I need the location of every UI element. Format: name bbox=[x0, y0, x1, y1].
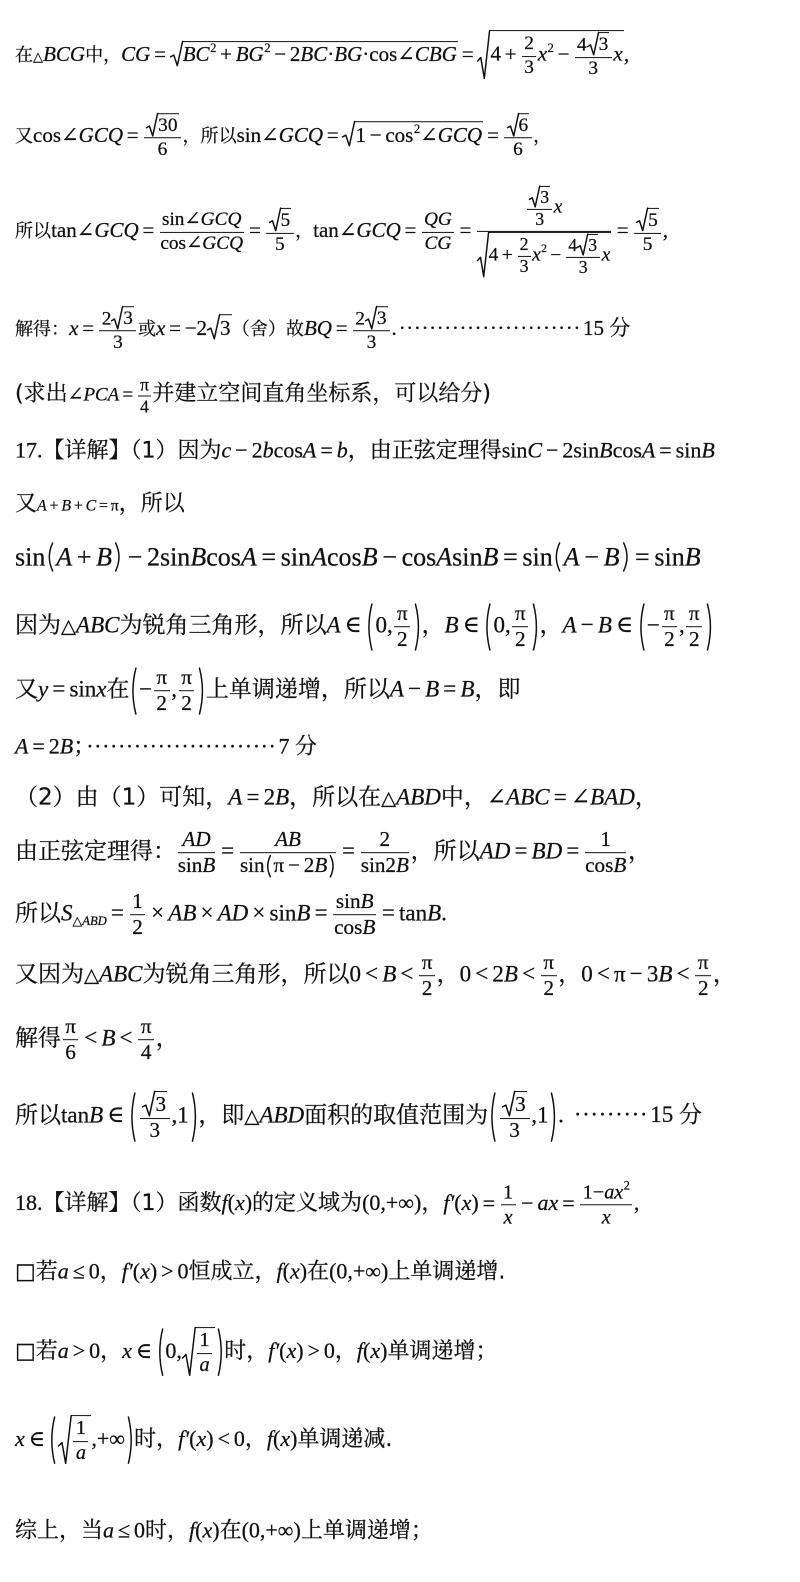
text: □若 bbox=[15, 1259, 58, 1284]
math-text: sin bbox=[654, 542, 684, 571]
radicand: 1a bbox=[71, 1415, 91, 1465]
radicand: 3 bbox=[540, 186, 550, 208]
text: (求出 bbox=[15, 381, 68, 406]
math-text: π bbox=[140, 375, 149, 395]
square-root: 3 bbox=[142, 1091, 167, 1117]
square-root: 30 bbox=[146, 113, 178, 136]
text: 上单调递增. bbox=[388, 1259, 505, 1284]
denominator: CG bbox=[422, 233, 455, 255]
numerator: 5 bbox=[634, 208, 661, 233]
right-paren-icon bbox=[532, 603, 539, 651]
math-text: . bbox=[441, 900, 447, 925]
solution-line: 在△BCG中，CG=BC2+BG2−2BC·BG·cos∠CBG=4+23x2−… bbox=[15, 30, 629, 80]
left-paren-icon bbox=[366, 603, 373, 651]
denominator: sin2B bbox=[361, 854, 409, 878]
math-var: BD bbox=[532, 838, 563, 863]
math-text: 3 bbox=[524, 57, 534, 78]
numerator: 30 bbox=[144, 113, 181, 138]
text: 解得 bbox=[15, 1025, 61, 1051]
math-op: = bbox=[150, 42, 169, 66]
solution-line: 又因为△ABC为锐角三角形，所以0<B<π2，0<2B<π2，0<π−3B<π2… bbox=[15, 951, 736, 1001]
math-var: BC bbox=[183, 42, 210, 66]
math-text: 4 bbox=[141, 1040, 152, 1064]
solution-line: 又A+B+C=π，所以 bbox=[15, 490, 185, 517]
radical-sign-icon bbox=[146, 113, 158, 136]
text: 在 bbox=[107, 676, 130, 702]
denominator: 4 bbox=[138, 1041, 154, 1065]
numerator: 2 bbox=[361, 828, 409, 853]
text: 面积的取值范围为 bbox=[304, 1102, 488, 1128]
math-text: 30 bbox=[158, 115, 177, 136]
math-text: 1− bbox=[583, 1181, 605, 1203]
math-text: 2 bbox=[102, 308, 112, 329]
text: 上单调递增，所以 bbox=[206, 676, 390, 702]
math-text: 3 bbox=[150, 1118, 161, 1142]
math-op: = bbox=[242, 785, 263, 810]
numerator: 43 bbox=[566, 234, 600, 258]
math-var: B bbox=[460, 676, 474, 701]
solution-line: 解得π6<B<π4， bbox=[15, 1015, 179, 1065]
math-op: − bbox=[271, 42, 290, 66]
text: ； bbox=[73, 734, 84, 759]
radicand: BC2+BG2−2BC·BG·cos∠CBG bbox=[182, 41, 458, 66]
math-var: B bbox=[61, 497, 71, 514]
math-text: 0 bbox=[460, 961, 472, 986]
triangle-symbol: △ bbox=[84, 965, 99, 986]
math-op: = bbox=[439, 676, 460, 701]
math-text: tan bbox=[61, 1102, 89, 1127]
math-text: π bbox=[543, 950, 554, 974]
score-label: 15 分 bbox=[581, 316, 630, 340]
math-text: sin bbox=[522, 542, 552, 571]
text: ， bbox=[100, 1339, 122, 1364]
leader-dots: ························ bbox=[397, 316, 581, 340]
left-paren-icon bbox=[265, 855, 272, 877]
math-var: B bbox=[89, 1102, 103, 1127]
math-text: 0 bbox=[324, 1338, 335, 1363]
radical-sign-icon bbox=[269, 208, 281, 231]
superscript: 2 bbox=[624, 1179, 630, 1193]
math-text: 0 bbox=[89, 1338, 100, 1363]
math-var: AD bbox=[182, 827, 210, 851]
math-var: BC bbox=[300, 42, 327, 66]
left-paren-icon bbox=[484, 603, 491, 651]
radicand: 3 bbox=[515, 1091, 527, 1117]
math-var: A bbox=[436, 542, 452, 571]
math-var: x bbox=[290, 1258, 300, 1283]
math-op: > bbox=[304, 1338, 324, 1363]
text: ，所以 bbox=[411, 838, 480, 864]
math-var: B bbox=[685, 542, 701, 571]
square-root: 3 bbox=[207, 315, 232, 340]
square-root: 3 bbox=[587, 32, 610, 55]
radical-sign-icon bbox=[365, 306, 377, 329]
angle-symbol: ∠ bbox=[571, 785, 590, 810]
math-text: ) bbox=[206, 1426, 213, 1451]
text: 中， bbox=[441, 785, 487, 811]
right-paren-icon bbox=[127, 1416, 134, 1464]
math-text: 2 bbox=[290, 42, 301, 66]
numerator: π bbox=[394, 602, 410, 627]
math-text: 5 bbox=[280, 210, 290, 231]
math-op: < bbox=[214, 1426, 234, 1451]
fraction: sinBcosB bbox=[333, 890, 376, 940]
math-text: 2 bbox=[156, 691, 167, 715]
math-var: B bbox=[361, 889, 374, 913]
math-text: 3 bbox=[588, 235, 597, 255]
math-var: f′ bbox=[178, 1426, 189, 1451]
math-op: × bbox=[196, 900, 217, 925]
fraction: ADsinB bbox=[178, 828, 216, 878]
math-text: sin bbox=[676, 437, 702, 462]
math-text: −2 bbox=[185, 316, 207, 340]
radicand: 3 bbox=[376, 306, 387, 329]
math-text: 0 bbox=[349, 961, 361, 986]
radical-sign-icon bbox=[58, 1415, 71, 1465]
math-var: GCQ bbox=[279, 123, 323, 147]
math-var: x bbox=[202, 1517, 212, 1542]
math-op: − bbox=[626, 961, 647, 986]
denominator: 3 bbox=[99, 332, 136, 354]
numerator: 1 bbox=[585, 828, 626, 853]
math-var: a bbox=[200, 1354, 210, 1376]
math-text: cos bbox=[206, 542, 241, 571]
math-var: x bbox=[462, 1190, 472, 1215]
math-var: c bbox=[222, 437, 232, 462]
math-text: π bbox=[111, 497, 119, 514]
text: 解得： bbox=[15, 319, 69, 340]
numerator: AD bbox=[178, 828, 216, 853]
math-text: cos bbox=[613, 437, 642, 462]
text: 在 bbox=[15, 45, 33, 66]
math-text: 1 bbox=[503, 1181, 513, 1203]
math-text: π bbox=[156, 665, 167, 689]
math-text: 4 bbox=[568, 235, 577, 255]
math-text: 0, bbox=[494, 612, 511, 637]
paren-group: π−2B bbox=[265, 854, 336, 878]
solution-line: □若a>0，x∈0,1a时，f′(x)>0，f(x)单调递增； bbox=[15, 1327, 497, 1377]
right-paren-icon bbox=[550, 1092, 557, 1142]
solution-line: 所以S△ABD=12×AB×AD×sinB=sinBcosB=tanB. bbox=[15, 890, 447, 940]
text: 时， bbox=[224, 1339, 268, 1364]
math-op: > bbox=[69, 1338, 89, 1363]
math-text: − bbox=[647, 612, 660, 637]
denominator: 6 bbox=[63, 1041, 79, 1065]
math-text: π bbox=[397, 601, 408, 625]
math-op: × bbox=[147, 900, 168, 925]
math-text: 2 bbox=[181, 691, 192, 715]
text: ， bbox=[156, 1025, 179, 1051]
math-text: 1 bbox=[200, 1329, 210, 1351]
math-var: B bbox=[598, 612, 612, 637]
text: 为锐角三角形，所以 bbox=[142, 961, 349, 987]
math-text: , bbox=[663, 218, 668, 242]
math-text: 5 bbox=[643, 234, 653, 255]
math-var: AD bbox=[480, 838, 511, 863]
math-text: 0 bbox=[581, 961, 593, 986]
fraction: 55 bbox=[634, 208, 661, 256]
text: ， bbox=[421, 1191, 443, 1216]
right-paren-icon bbox=[114, 542, 122, 571]
fraction: 33x4+23x2−433x bbox=[477, 186, 612, 278]
denominator: 2 bbox=[686, 628, 702, 652]
math-var: b bbox=[263, 437, 274, 462]
numerator: 1 bbox=[130, 890, 146, 915]
numerator: sin∠GCQ bbox=[160, 209, 244, 232]
document-page: 在△BCG中，CG=BC2+BG2−2BC·BG·cos∠CBG=4+23x2−… bbox=[0, 0, 800, 1582]
solution-line: (求出∠PCA=π4并建立空间直角坐标系，可以给分) bbox=[15, 376, 491, 417]
math-op: − bbox=[404, 676, 425, 701]
denominator: cosB bbox=[585, 854, 626, 878]
solution-line: 解得：x=233或x=−23（舍）故BQ=233.···············… bbox=[15, 306, 630, 354]
math-var: f′ bbox=[122, 1258, 133, 1283]
math-op: + bbox=[72, 542, 96, 571]
math-op: − bbox=[517, 1190, 537, 1215]
angle-symbol: ∠ bbox=[68, 384, 84, 405]
math-op: = bbox=[123, 123, 142, 147]
math-op: = bbox=[96, 497, 111, 514]
denominator: 2 bbox=[662, 628, 678, 652]
solution-line: 所以tan∠GCQ=sin∠GCQcos∠GCQ=55，tan∠GCQ=QGCG… bbox=[15, 186, 668, 278]
math-text: 3 bbox=[515, 1092, 526, 1116]
math-op: ∈ bbox=[25, 1426, 49, 1451]
superscript: 2 bbox=[548, 41, 554, 55]
math-text: 2sin bbox=[147, 542, 190, 571]
fraction: 33 bbox=[527, 186, 552, 230]
math-op: = bbox=[458, 42, 477, 66]
score-label: 7 分 bbox=[276, 733, 317, 758]
math-op: = bbox=[558, 1190, 578, 1215]
math-var: BG bbox=[236, 42, 264, 66]
math-text: 3 bbox=[367, 332, 377, 353]
math-text: 3 bbox=[647, 961, 659, 986]
math-text: 2 bbox=[515, 627, 526, 651]
math-var: C bbox=[527, 437, 542, 462]
math-text: 2 bbox=[524, 33, 534, 54]
math-text: 2 bbox=[132, 915, 143, 939]
triangle-symbol: △ bbox=[61, 616, 76, 637]
math-op: < bbox=[115, 1025, 136, 1050]
math-text: 5 bbox=[275, 234, 285, 255]
radicand: 4+23x2−433x bbox=[488, 232, 611, 278]
text: 在 bbox=[220, 1518, 242, 1543]
fraction: π2 bbox=[541, 951, 557, 1001]
math-text: sin bbox=[281, 542, 311, 571]
text: ，即 bbox=[198, 1102, 244, 1128]
denominator: sinπ−2B bbox=[240, 854, 336, 878]
triangle-symbol: △ bbox=[381, 789, 396, 810]
math-text: 6 bbox=[65, 1040, 76, 1064]
denominator: 3 bbox=[527, 209, 552, 229]
text: 时， bbox=[134, 1427, 178, 1452]
denominator: 3 bbox=[522, 57, 536, 79]
math-op: = bbox=[28, 733, 48, 758]
left-paren-icon bbox=[157, 1328, 164, 1376]
text: 为锐角三角形，所以 bbox=[119, 612, 326, 638]
math-text: π bbox=[698, 950, 709, 974]
math-var: A bbox=[326, 612, 340, 637]
math-op: = bbox=[479, 1190, 499, 1215]
math-text: cos bbox=[274, 437, 303, 462]
math-op: = bbox=[483, 123, 502, 147]
math-text: sin bbox=[502, 437, 528, 462]
math-var: CG bbox=[121, 42, 150, 66]
math-var: ax bbox=[604, 1181, 623, 1203]
math-text: ) bbox=[212, 1517, 219, 1542]
math-var: BAD bbox=[590, 785, 635, 810]
math-text: 2 bbox=[492, 961, 504, 986]
denominator: 2 bbox=[541, 977, 557, 1001]
angle-symbol: ∠ bbox=[186, 233, 202, 254]
text: 所以 bbox=[15, 1102, 61, 1128]
square-root: 3 bbox=[577, 234, 598, 256]
math-var: CG bbox=[425, 233, 452, 254]
numerator: 1 bbox=[197, 1329, 212, 1353]
math-text: cos bbox=[33, 123, 61, 147]
math-text: 6 bbox=[158, 139, 168, 160]
fraction: 1x bbox=[501, 1181, 516, 1229]
text: ， bbox=[100, 1259, 122, 1284]
square-root: 1−cos2∠GCQ bbox=[342, 122, 483, 147]
math-var: A bbox=[563, 612, 577, 637]
math-text: 1 bbox=[355, 123, 366, 147]
text: ， bbox=[635, 785, 658, 811]
square-root: 5 bbox=[636, 208, 659, 231]
fraction: sin∠GCQcos∠GCQ bbox=[160, 209, 244, 254]
math-text: 2 bbox=[698, 976, 709, 1000]
math-var: ax bbox=[538, 1190, 559, 1215]
math-text: tan bbox=[399, 900, 427, 925]
math-text: ,1 bbox=[172, 1102, 189, 1127]
radical-sign-icon bbox=[477, 30, 490, 80]
fraction: π2 bbox=[512, 602, 528, 652]
paren-group: A+B bbox=[45, 541, 123, 572]
text: 由正弦定理得： bbox=[15, 838, 176, 864]
math-text: sin bbox=[69, 676, 96, 701]
solution-line: 18.【详解】（1）函数f(x)的定义域为(0,+∞)，f′(x)=1x−ax=… bbox=[15, 1181, 639, 1229]
denominator: 3 bbox=[518, 257, 531, 277]
radical-sign-icon bbox=[182, 1327, 195, 1377]
math-op: = bbox=[165, 316, 184, 340]
math-var: B bbox=[504, 961, 518, 986]
math-text: cos bbox=[585, 853, 613, 877]
math-var: x bbox=[602, 1206, 611, 1228]
math-text: sin2 bbox=[361, 853, 396, 877]
numerator: 1 bbox=[501, 1181, 516, 1205]
math-text: 3 bbox=[520, 256, 529, 276]
numerator: π bbox=[138, 376, 151, 397]
math-text: . bbox=[391, 316, 396, 340]
math-text: π bbox=[65, 1014, 76, 1038]
numerator: π bbox=[686, 602, 702, 627]
denominator: x bbox=[580, 1206, 632, 1229]
math-var: x bbox=[504, 1206, 513, 1228]
fraction: π2 bbox=[179, 666, 195, 716]
math-var: x bbox=[235, 1190, 245, 1215]
solution-line: sinA+B−2sinBcosA=sinAcosB−cosAsinB=sinA−… bbox=[15, 541, 701, 572]
fraction: 433 bbox=[566, 234, 600, 278]
text: 所以 bbox=[15, 900, 61, 926]
math-var: a bbox=[58, 1338, 69, 1363]
math-var: B bbox=[613, 853, 626, 877]
radical-sign-icon bbox=[477, 232, 489, 278]
radical-sign-icon bbox=[342, 122, 355, 147]
math-text: π bbox=[141, 1014, 152, 1038]
angle-symbol: ∠ bbox=[261, 123, 279, 147]
fraction: 66 bbox=[504, 113, 531, 161]
text: ，由正弦定理得 bbox=[348, 438, 502, 463]
denominator: 4+23x2−433x bbox=[477, 231, 612, 278]
math-text: ) bbox=[296, 1338, 303, 1363]
math-text: 0, bbox=[375, 612, 392, 637]
fraction: ABsinπ−2B bbox=[240, 828, 336, 878]
math-text: 1 bbox=[600, 827, 611, 851]
math-op: ≤ bbox=[69, 1258, 89, 1283]
denominator: 4 bbox=[138, 397, 151, 417]
math-text: − bbox=[139, 676, 152, 701]
math-op: = bbox=[245, 218, 264, 242]
math-op: = bbox=[338, 838, 359, 863]
math-var: A bbox=[564, 542, 580, 571]
math-op: ∈ bbox=[612, 612, 637, 637]
math-op: = bbox=[316, 437, 336, 462]
math-var: x bbox=[554, 196, 563, 217]
math-var: ABC bbox=[99, 961, 142, 986]
math-text: 1 bbox=[76, 1417, 86, 1439]
math-text: π bbox=[274, 853, 285, 877]
math-op: ∈ bbox=[103, 1102, 128, 1127]
text: ， bbox=[628, 838, 651, 864]
denominator: 3 bbox=[353, 332, 390, 354]
math-text: 2 bbox=[355, 308, 365, 329]
text: ， bbox=[713, 961, 736, 987]
math-op: = bbox=[630, 542, 654, 571]
math-text: 3 bbox=[579, 257, 588, 277]
math-op: = bbox=[510, 838, 531, 863]
fraction: 2sin2B bbox=[361, 828, 409, 878]
math-var: B bbox=[362, 542, 378, 571]
math-text: π bbox=[614, 961, 626, 986]
math-text: 2 bbox=[543, 976, 554, 1000]
math-var: ABC bbox=[76, 612, 119, 637]
math-text: 4 bbox=[577, 35, 587, 56]
text: （2）由（1）可知， bbox=[15, 785, 228, 811]
paren-group: 33,1 bbox=[488, 1091, 558, 1143]
text: 时， bbox=[145, 1518, 189, 1543]
solution-line: A=2B；························7 分 bbox=[15, 733, 317, 760]
denominator: cos∠GCQ bbox=[160, 233, 244, 255]
fraction: π2 bbox=[394, 602, 410, 652]
math-var: x bbox=[613, 42, 622, 66]
right-paren-icon bbox=[414, 603, 421, 651]
math-text: 3 bbox=[588, 58, 598, 79]
square-root: 4+23x2−433x bbox=[477, 30, 623, 80]
math-text: ( bbox=[133, 1258, 140, 1283]
math-var: AB bbox=[168, 900, 196, 925]
numerator: 33x bbox=[477, 186, 612, 232]
math-var: x bbox=[156, 316, 165, 340]
radicand: 5 bbox=[648, 208, 659, 231]
math-op: + bbox=[47, 497, 62, 514]
paren-group: A−B bbox=[553, 541, 631, 572]
numerator: QG bbox=[422, 209, 455, 232]
math-text: . bbox=[558, 1102, 564, 1127]
math-var: BQ bbox=[304, 316, 332, 340]
fraction: 23 bbox=[522, 33, 536, 78]
math-var: B bbox=[396, 853, 409, 877]
math-text: 2 bbox=[422, 976, 433, 1000]
math-var: A bbox=[228, 785, 242, 810]
